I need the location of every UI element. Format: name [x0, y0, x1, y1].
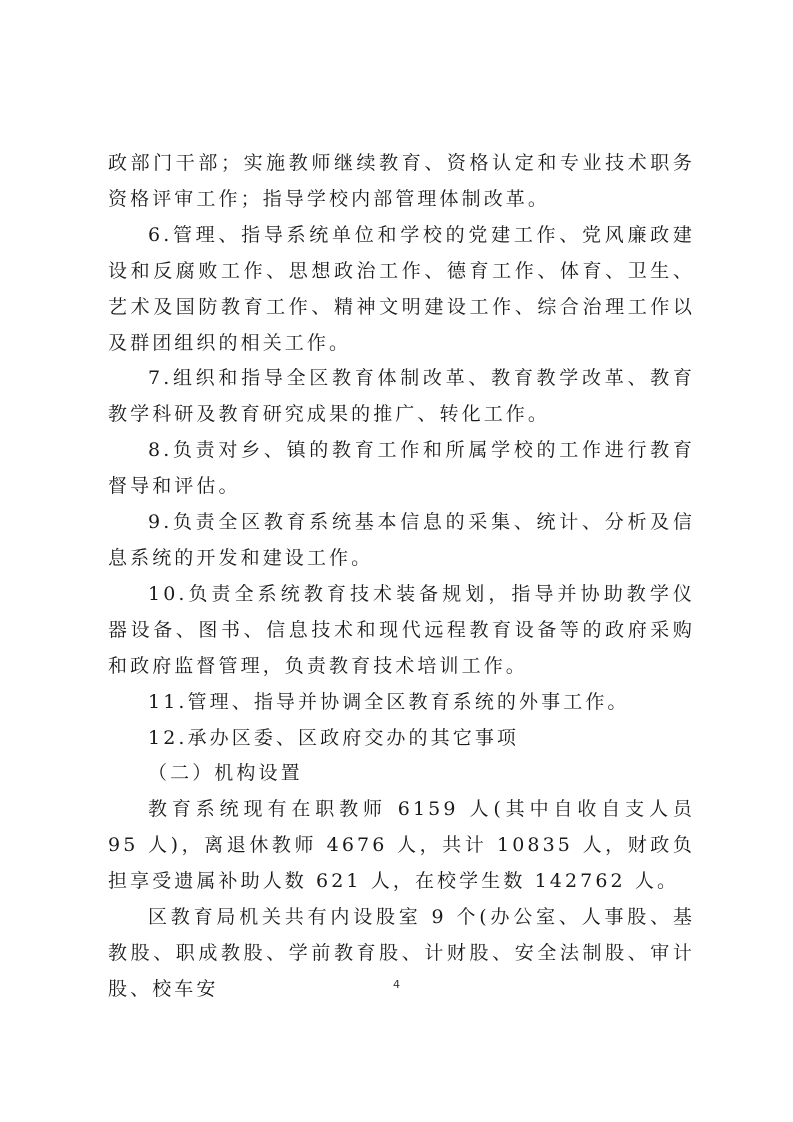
paragraph-item-7: 7.组织和指导全区教育体制改革、教育教学改革、教育教学科研及教育研究成果的推广、…	[108, 361, 695, 433]
paragraph-item-9: 9.负责全区教育系统基本信息的采集、统计、分析及信息系统的开发和建设工作。	[108, 505, 695, 577]
paragraph-item-6: 6.管理、指导系统单位和学校的党建工作、党风廉政建设和反腐败工作、思想政治工作、…	[108, 218, 695, 362]
paragraph-item-11: 11.管理、指导并协调全区教育系统的外事工作。	[108, 685, 695, 721]
paragraph-continuation-personnel: 政部门干部；实施教师继续教育、资格认定和专业技术职务资格评审工作；指导学校内部管…	[108, 146, 695, 218]
paragraph-staff-statistics: 教育系统现有在职教师 6159 人(其中自收自支人员 95 人)，离退休教师 4…	[108, 792, 695, 900]
paragraph-item-10: 10.负责全系统教育技术装备规划，指导并协助教学仪器设备、图书、信息技术和现代远…	[108, 577, 695, 685]
page-number: 4	[0, 978, 793, 991]
document-body: 政部门干部；实施教师继续教育、资格认定和专业技术职务资格评审工作；指导学校内部管…	[108, 146, 695, 1008]
section-heading-organization: （二）机构设置	[108, 756, 695, 792]
paragraph-item-12: 12.承办区委、区政府交办的其它事项	[108, 721, 695, 757]
paragraph-internal-departments: 区教育局机关共有内设股室 9 个(办公室、人事股、基教股、职成教股、学前教育股、…	[108, 900, 695, 1008]
document-page: 政部门干部；实施教师继续教育、资格认定和专业技术职务资格评审工作；指导学校内部管…	[0, 0, 793, 1122]
paragraph-item-8: 8.负责对乡、镇的教育工作和所属学校的工作进行教育督导和评估。	[108, 433, 695, 505]
